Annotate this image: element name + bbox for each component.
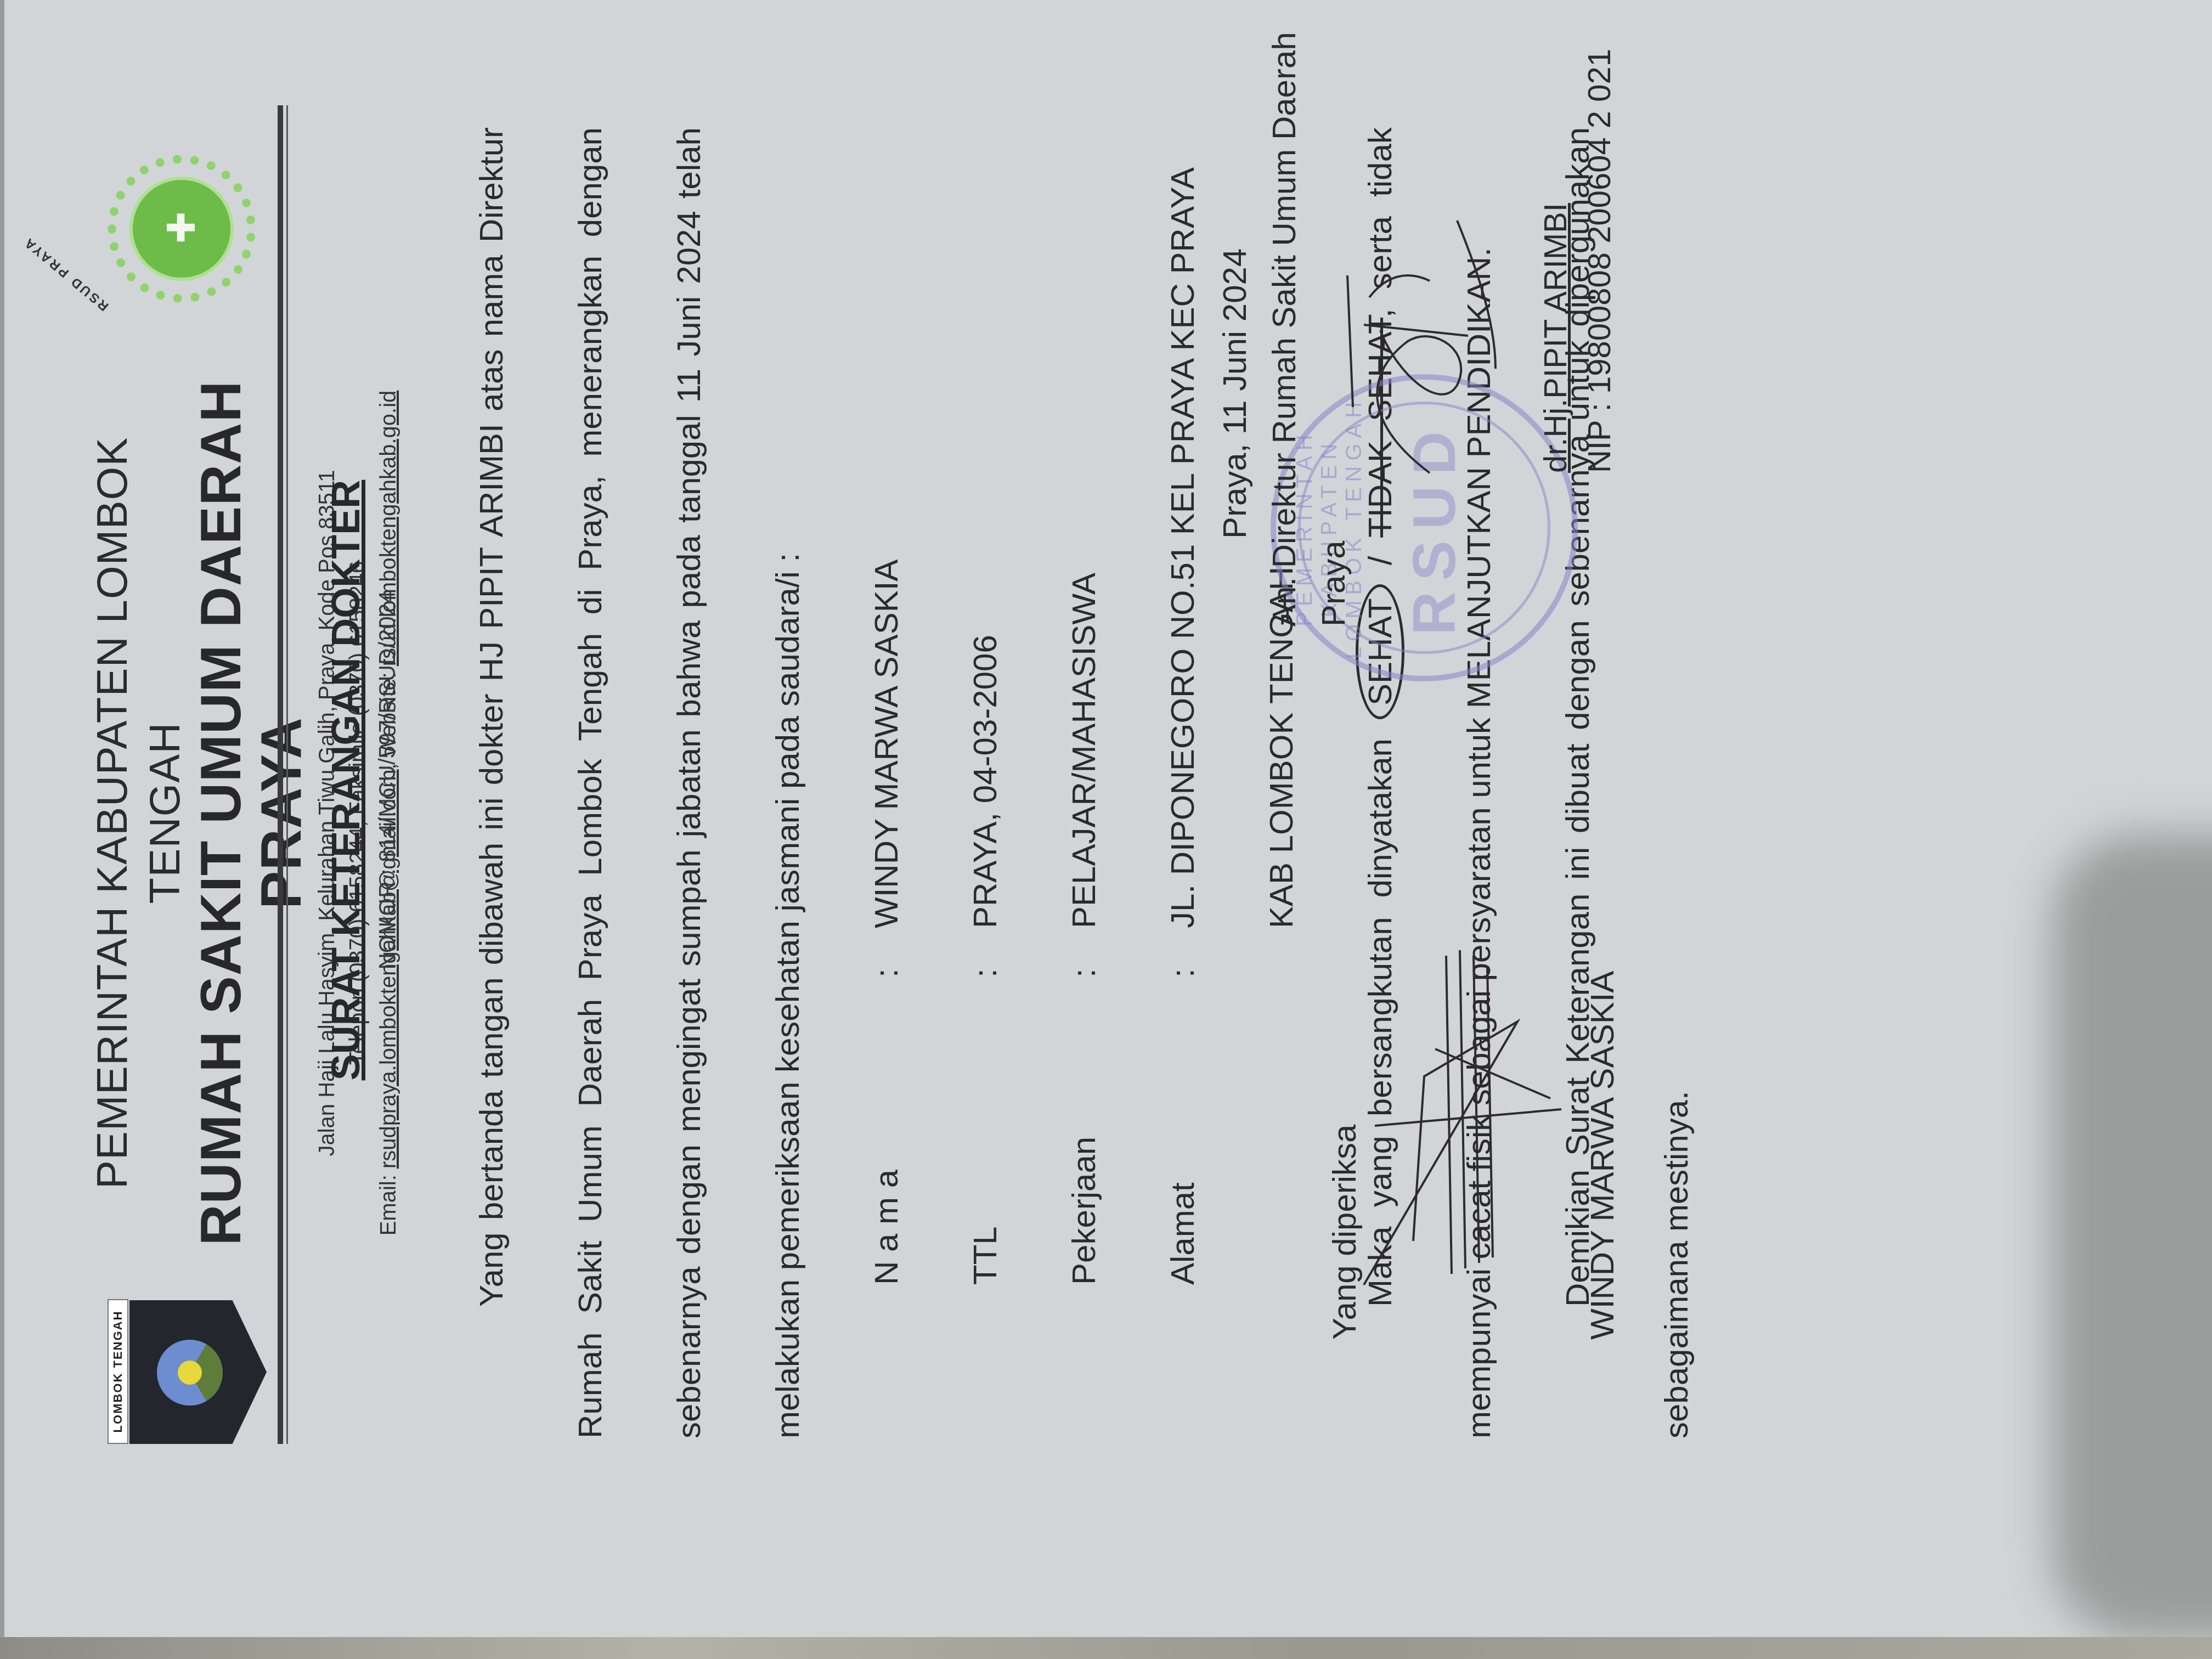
letterhead-divider [278,105,283,1444]
field-label: Alamat [1133,978,1331,1438]
field-separator: : [936,928,1035,978]
field-value: PELAJAR/MAHASISWA [1035,127,1133,928]
hospital-name: RUMAH SAKIT UMUM DAERAH PRAYA [191,341,312,1285]
patient-signature [1353,923,1583,1307]
place-date: Praya, 11 Juni 2024 [1210,0,1260,627]
medical-cross-icon: ✚ [165,211,198,244]
emblem-center [157,1340,223,1406]
letterhead-divider-thin [286,105,288,1444]
field-label: TTL [936,978,1035,1438]
government-name: PEMERINTAH KABUPATEN LOMBOK TENGAH [86,341,191,1285]
examined-name: WINDY MARWA SASKIA [1578,846,1627,1340]
examined-signature-block: Yang diperiksa WINDY MARWA SASKIA [1320,846,1627,1340]
desk-surface [0,1637,2212,1659]
doctor-name: dr.Hj.PIPIT ARIMBI [1534,0,1578,473]
field-label: N a m a [837,978,936,1438]
field-row: N a m a : WINDY MARWA SASKIA [837,127,936,1438]
doctor-signature-block: Praya, 11 Juni 2024 An. Direktur Rumah S… [1210,0,1622,627]
document-title: SURAT KETERANGAN DOKTER [321,0,371,1570]
doctor-nip: NIP : 19800808 200604 2 021 [1578,0,1622,473]
field-separator: : [1133,928,1331,978]
doctor-signature [1331,177,1539,506]
field-row: Pekerjaan : PELAJAR/MAHASISWA [1035,127,1133,1438]
intro-paragraph: Yang bertanda tangan dibawah ini dokter … [442,127,837,1438]
doctor-name-wrap: dr.Hj.PIPIT ARIMBI NIP : 19800808 200604… [1534,0,1622,627]
field-value: PRAYA, 04-03-2006 [936,127,1035,928]
field-value: WINDY MARWA SASKIA [837,127,936,928]
document-heading: SURAT KETERANGAN DOKTER NOMOR : 814/MCU/… [321,0,404,1570]
doctor-certificate-page: LOMBOK TENGAH PEMERINTAH KABUPATEN LOMBO… [0,0,1923,1570]
logo-caption: RSUD PRAYA [20,234,112,314]
emblem-band: LOMBOK TENGAH [108,1299,128,1444]
document-number: NOMOR : 814/MCU/597/RSUD/2024 [371,0,404,1570]
signature-area: Yang diperiksa WINDY MARWA SASKIA Praya,… [1320,0,1869,1570]
field-row: TTL : PRAYA, 04-03-2006 [936,127,1035,1438]
field-separator: : [837,928,936,978]
rsud-praya-logo-icon: ✚ RSUD PRAYA [91,133,267,314]
lombok-tengah-emblem-icon: LOMBOK TENGAH [108,1301,272,1444]
phone-shadow [2052,834,2212,1640]
field-separator: : [1035,928,1133,978]
field-label: Pekerjaan [1035,978,1133,1438]
